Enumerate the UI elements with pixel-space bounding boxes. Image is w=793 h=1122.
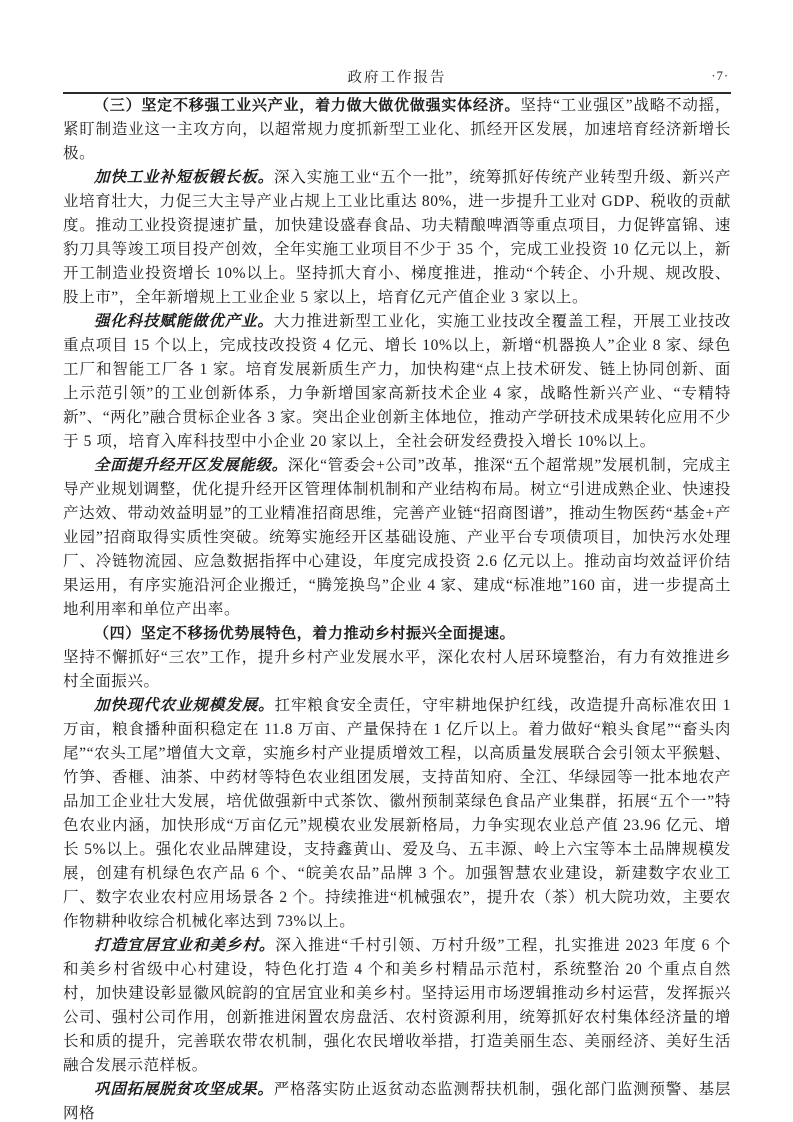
paragraph-lead: （三）坚定不移强工业兴产业，着力做大做优做强实体经济。 bbox=[94, 97, 520, 114]
paragraph: 打造宜居宜业和美乡村。深入推进“千村引领、万村升级”工程，扎实推进 2023 年… bbox=[63, 934, 731, 1078]
page-header: 政府工作报告 ·7· bbox=[63, 66, 731, 94]
report-title: 政府工作报告 bbox=[348, 70, 447, 86]
paragraph-lead: 加快现代农业规模发展。 bbox=[94, 697, 275, 714]
paragraph: 加快现代农业规模发展。扛牢粮食安全责任，守牢耕地保护红线，改造提升高标准农田 1… bbox=[63, 694, 731, 934]
paragraph-lead: 打造宜居宜业和美乡村。 bbox=[94, 937, 275, 954]
paragraph-text: 深入实施工业“五个一批”，统筹抓好传统产业转型升级、新兴产业培育壮大，力促三大主… bbox=[63, 169, 731, 306]
paragraph-lead: （四）坚定不移扬优势展特色，着力推动乡村振兴全面提速。 bbox=[94, 625, 515, 642]
paragraph-text: 深化“管委会+公司”改革，推深“五个超常规”发展机制，完成主导产业规划调整，优化… bbox=[63, 457, 731, 618]
paragraph: 全面提升经开区发展能级。深化“管委会+公司”改革，推深“五个超常规”发展机制，完… bbox=[63, 454, 731, 622]
paragraph: （四）坚定不移扬优势展特色，着力推动乡村振兴全面提速。坚持不懈抓好“三农”工作，… bbox=[63, 622, 731, 694]
document-page: 政府工作报告 ·7· （三）坚定不移强工业兴产业，着力做大做优做强实体经济。坚持… bbox=[0, 0, 793, 1122]
paragraph-text: 坚持不懈抓好“三农”工作，提升乡村产业发展水平，深化农村人居环境整治，有力有效推… bbox=[63, 649, 731, 690]
paragraph-text: 扛牢粮食安全责任，守牢耕地保护红线，改造提升高标准农田 1 万亩，粮食播种面积稳… bbox=[63, 697, 731, 930]
paragraph-text: 深入推进“千村引领、万村升级”工程，扎实推进 2023 年度 6 个和美乡村省级… bbox=[63, 937, 731, 1074]
paragraph: （三）坚定不移强工业兴产业，着力做大做优做强实体经济。坚持“工业强区”战略不动摇… bbox=[63, 94, 731, 166]
page-number: ·7· bbox=[711, 69, 729, 84]
paragraph-lead: 巩固拓展脱贫攻坚成果。 bbox=[94, 1081, 274, 1098]
paragraph: 加快工业补短板锻长板。深入实施工业“五个一批”，统筹抓好传统产业转型升级、新兴产… bbox=[63, 166, 731, 310]
paragraph-lead: 强化科技赋能做优产业。 bbox=[94, 313, 274, 330]
paragraph-text: 大力推进新型工业化，实施工业技改全覆盖工程，开展工业技改重点项目 15 个以上，… bbox=[63, 313, 731, 450]
paragraph: 巩固拓展脱贫攻坚成果。严格落实防止返贫动态监测帮扶机制，强化部门监测预警、基层网… bbox=[63, 1078, 731, 1122]
paragraph-lead: 加快工业补短板锻长板。 bbox=[94, 169, 274, 186]
paragraph: 强化科技赋能做优产业。大力推进新型工业化，实施工业技改全覆盖工程，开展工业技改重… bbox=[63, 310, 731, 454]
paragraph-lead: 全面提升经开区发展能级。 bbox=[94, 457, 288, 474]
document-body: （三）坚定不移强工业兴产业，着力做大做优做强实体经济。坚持“工业强区”战略不动摇… bbox=[63, 94, 731, 1122]
